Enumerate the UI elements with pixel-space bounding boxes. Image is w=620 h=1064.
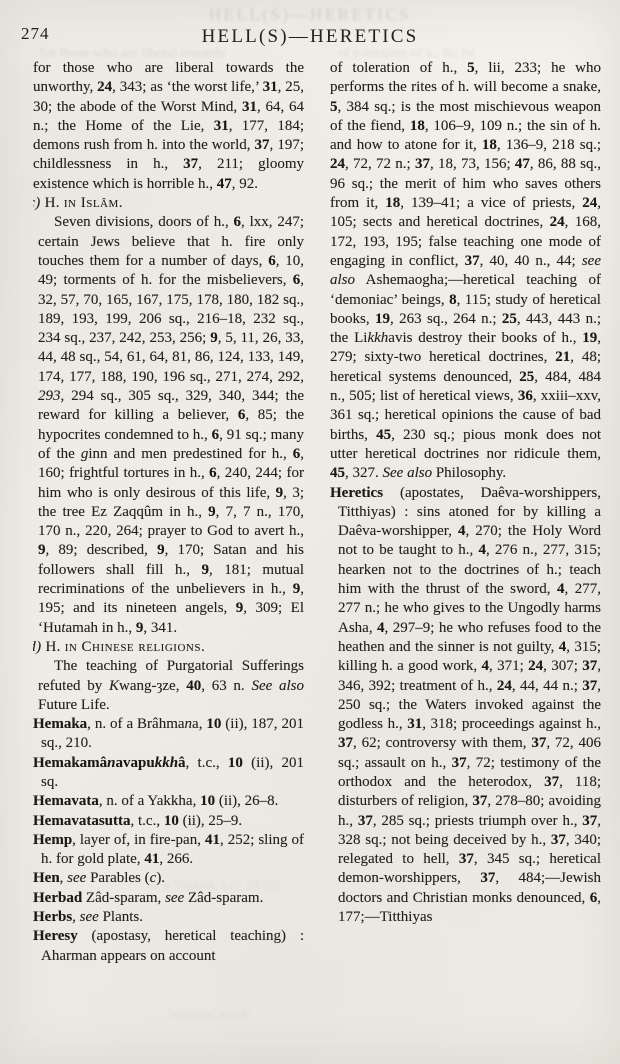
entry-hemaka: Hemaka, n. of a Brâhmana, 10 (ii), 187, … bbox=[33, 715, 304, 754]
right-column: of toleration of h., 5, lii, 233; he who… bbox=[330, 59, 601, 1064]
entry-herbad: Herbad Zâd-sparam, see Zâd-sparam. bbox=[33, 889, 304, 908]
entry-herbs: Herbs, see Plants. bbox=[33, 908, 304, 927]
entry-heresy: Heresy (apostasy, heretical teaching) : … bbox=[33, 927, 304, 966]
entry-hemp: Hemp, layer of, in fire-pan, 41, 252; sl… bbox=[33, 831, 304, 870]
hell-continuation-text: for those who are liberal towards the un… bbox=[33, 59, 304, 194]
entry-hemavata: Hemavata, n. of a Yakkha, 10 (ii), 26–8. bbox=[33, 792, 304, 811]
text-columns: for those who are liberal towards the un… bbox=[33, 59, 602, 1064]
left-column: for those who are liberal towards the un… bbox=[33, 59, 304, 1064]
section-heading-d-chinese: (d) H. in Chinese religions. bbox=[33, 638, 304, 657]
entry-hen: Hen, see Parables (c). bbox=[33, 869, 304, 888]
heresy-continuation-text: of toleration of h., 5, lii, 233; he who… bbox=[330, 59, 601, 484]
bleed-through-text: HELL(S)—HERETICS bbox=[0, 5, 620, 25]
entry-hemavatasutta: Hemavatasutta, t.c., 10 (ii), 25–9. bbox=[33, 812, 304, 831]
section-heading-c-islam: (c) H. in Islâm. bbox=[33, 194, 304, 213]
running-header: HELL(S)—HERETICS bbox=[0, 26, 620, 48]
entry-heretics: Heretics (apostates, Daêva-worshippers, … bbox=[330, 484, 601, 928]
hell-in-islam-text: Seven divisions, doors of h., 6, lxx, 24… bbox=[33, 213, 304, 638]
scanned-book-page: HELL(S)—HERETICS for those who are liber… bbox=[0, 0, 620, 1064]
hell-in-chinese-text: The teaching of Purgatorial Sufferings r… bbox=[33, 657, 304, 715]
entry-hemakamanavapukkha: Hemakamânavapukkhâ, t.c., 10 (ii), 201 s… bbox=[33, 754, 304, 793]
